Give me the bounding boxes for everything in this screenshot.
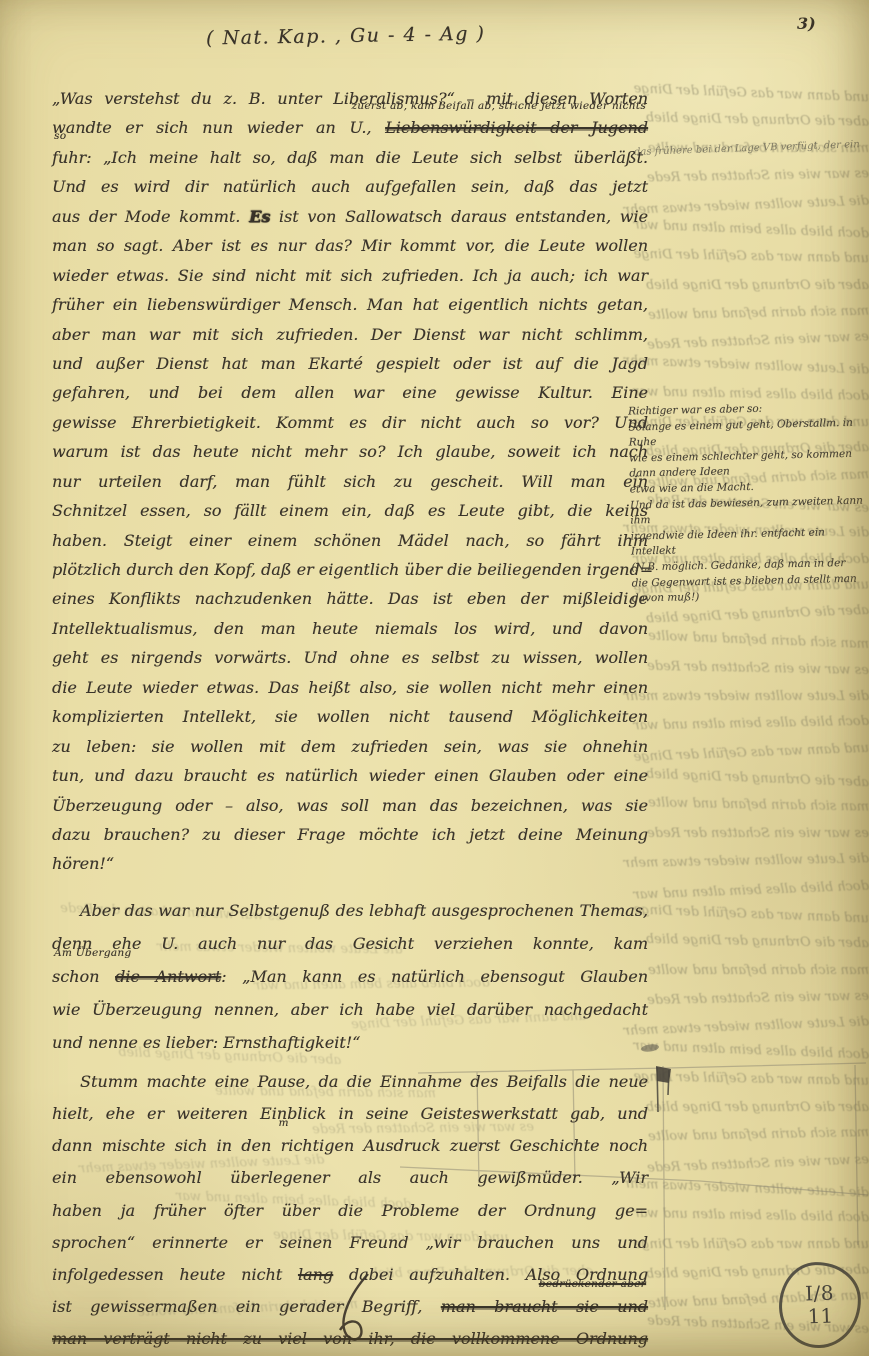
manuscript-line: nur urteilen darf, man fühlt sich zu ges… — [52, 467, 648, 496]
handwritten-text: tun, und dazu braucht es natürlich wiede… — [52, 766, 648, 785]
manuscript-line: ein ebensowohl überlegener als auch gewi… — [52, 1162, 648, 1194]
manuscript-line: fuhr: „Ich meine halt so, daß man die Le… — [52, 143, 648, 172]
bleedthrough-line: man sich darin befand und wollte — [686, 963, 869, 978]
handwritten-text: und nenne es lieber: Ernsthaftigkeit!“ — [52, 1033, 360, 1052]
manuscript-line: dazu brauchen? zu dieser Frage möchte ic… — [52, 820, 648, 849]
manuscript-line: ist gewissermaßen ein gerader Begriff, m… — [52, 1291, 648, 1323]
bleedthrough-line: doch blieb alles beim alten und war — [735, 1042, 869, 1062]
handwritten-text: nur urteilen darf, man fühlt sich zu ges… — [52, 472, 648, 491]
pencil-annotation: das frühere bei der Lage VB verfügt, der… — [634, 138, 864, 159]
handwritten-text: komplizierten Intellekt, sie wollen nich… — [52, 707, 648, 726]
bleedthrough-line: doch blieb alles beim alten und war — [723, 1208, 869, 1226]
handwritten-text: warum ist das heute nicht mehr so? Ich g… — [52, 442, 648, 461]
manuscript-page: und dann war das Gefühl der Dingeaber di… — [0, 0, 869, 1356]
handwritten-text: Schnitzel essen, so fällt einem ein, daß… — [52, 501, 648, 520]
bleedthrough-line: man sich darin befand und wollte — [710, 631, 869, 652]
manuscript-line: aus der Mode kommt. Es ist von Sallowats… — [52, 202, 648, 231]
paragraph: Stumm machte eine Pause, da die Einnahme… — [52, 1066, 648, 1356]
bleedthrough-line: es war wie ein Schatten der Rede — [739, 989, 869, 1006]
handwritten-text: sprochen“ erinnerte er seinen Freund „wi… — [52, 1233, 648, 1252]
bleedthrough-line: doch blieb alles beim alten und war — [649, 714, 869, 733]
bleedthrough-line: aber die Ordnung der Dinge blieb — [681, 278, 869, 293]
margin-note-line: irgendwie die Ideen ihr. entfacht ein In… — [631, 524, 868, 560]
interlinear-insert: Am Übergang — [54, 948, 131, 959]
manuscript-line: denn ehe U. auch nur das Gesicht verzieh… — [52, 927, 648, 960]
handwritten-text: ist von Sallowatsch daraus entstanden, w… — [270, 207, 648, 226]
bleedthrough-line: die Leute wollten wieder etwas mehr — [706, 689, 869, 704]
handwritten-text: Stumm machte eine Pause, da die Einnahme… — [80, 1072, 648, 1091]
handwritten-text: früher ein liebenswürdiger Mensch. Man h… — [52, 295, 648, 314]
bleedthrough-line: aber die Ordnung der Dinge blieb — [731, 1100, 869, 1115]
interlinear-insert: m — [278, 1118, 288, 1129]
margin-note: Richtiger war es aber so:Solange es eine… — [628, 400, 868, 608]
bleedthrough-line: es war wie ein Schatten der Rede — [641, 826, 869, 841]
manuscript-line: geht es nirgends vorwärts. Und ohne es s… — [52, 643, 648, 672]
manuscript-line: wieder etwas. Sie sind nicht mit sich zu… — [52, 261, 648, 290]
bleedthrough-line: es war wie ein Schatten der Rede — [677, 329, 869, 351]
manuscript-line: schon die Antwort: „Man kann es natürlic… — [52, 960, 648, 993]
margin-note-line: Solange es einem gut geht, Oberstallm. i… — [628, 415, 865, 451]
manuscript-line: haben. Steigt einer einem schönen Mädel … — [52, 526, 648, 555]
struck-text: die Antwort — [115, 967, 221, 986]
handwritten-text: und außer Dienst hat man Ekarté gespielt… — [52, 354, 648, 373]
bleedthrough-line: aber die Ordnung der Dinge blieb — [645, 767, 869, 791]
handwritten-text: haben. Steigt einer einem schönen Mädel … — [52, 531, 648, 550]
manuscript-line: gewisse Ehrerbietigkeit. Kommt es dir ni… — [52, 408, 648, 437]
bleedthrough-line: und dann war das Gefühl der Dinge — [702, 740, 869, 761]
handwritten-text: ein ebensowohl überlegener als auch gewi… — [52, 1168, 648, 1187]
handwritten-text: dazu brauchen? zu dieser Frage möchte ic… — [52, 825, 648, 844]
handwritten-text: plötzlich durch den Kopf, daß er eigentl… — [52, 560, 653, 579]
manuscript-line: eines Konflikts nachzudenken hätte. Das … — [52, 584, 648, 613]
handwritten-text: Überzeugung oder – also, was soll man da… — [52, 796, 648, 815]
handwritten-text: hielt, ehe er weiteren Einblick in seine… — [52, 1104, 648, 1123]
struck-text: lang — [298, 1265, 333, 1284]
bleedthrough-line: man sich darin befand und wollte — [734, 304, 869, 322]
manuscript-line: die Leute wieder etwas. Das heißt also, … — [52, 673, 648, 702]
bleedthrough-line: und dann war das Gefühl der Dinge — [690, 905, 869, 927]
stamp-signature: I/8 — [805, 1282, 835, 1306]
handwritten-text: denn ehe U. auch nur das Gesicht verzieh… — [52, 934, 648, 953]
struck-text: man verträgt nicht zu viel von ihr, die … — [52, 1329, 648, 1348]
manuscript-line: Und es wird dir natürlich auch aufgefall… — [52, 172, 648, 201]
interlinear-insert: bedrückender aber — [539, 1279, 646, 1290]
manuscript-line: tun, und dazu braucht es natürlich wiede… — [52, 761, 648, 790]
handwritten-text: wie Überzeugung nennen, aber ich habe vi… — [52, 1000, 648, 1019]
bleedthrough-line: man sich darin befand und wollte — [698, 797, 869, 815]
manuscript-line: Intellektualismus, den man heute niemals… — [52, 614, 648, 643]
handwritten-text: wandte er sich nun wieder an U., — [52, 118, 385, 137]
paragraph: „Was verstehst du z. B. unter Liberalism… — [52, 84, 648, 879]
bleedthrough-line: die Leute wollten wieder etwas mehr — [682, 1014, 869, 1036]
handwritten-text: Es — [249, 207, 270, 226]
manuscript-line: komplizierten Intellekt, sie wollen nich… — [52, 702, 648, 731]
manuscript-line: zu leben: sie wollen mit dem zufrieden s… — [52, 732, 648, 761]
manuscript-line: man verträgt nicht zu viel von ihr, die … — [52, 1323, 648, 1355]
handwritten-text: fuhr: „Ich meine halt so, daß man die Le… — [52, 148, 648, 167]
handwritten-text: eines Konflikts nachzudenken hätte. Das … — [52, 589, 648, 608]
handwritten-text: ist gewissermaßen ein gerader Begriff, — [52, 1297, 441, 1316]
handwritten-text: aber man war mit sich zufrieden. Der Die… — [52, 325, 648, 344]
handwritten-text: dann mischte sich in den richtigen Ausdr… — [52, 1136, 648, 1155]
handwritten-text: schon — [52, 967, 115, 986]
manuscript-line: man so sagt. Aber ist es nur das? Mir ko… — [52, 231, 648, 260]
handwritten-text: hören!“ — [52, 854, 114, 873]
struck-text: Liebenswürdigkeit der Jugend — [385, 118, 648, 137]
bleedthrough-line: die Leute wollten wieder etwas mehr — [730, 357, 869, 377]
bleedthrough-line: doch blieb alles beim alten und war — [685, 219, 869, 241]
handwritten-text: aus der Mode kommt. — [52, 207, 249, 226]
manuscript-line: aber man war mit sich zufrieden. Der Die… — [52, 320, 648, 349]
handwritten-text: man so sagt. Aber ist es nur das? Mir ko… — [52, 236, 648, 255]
bleedthrough-line: und dann war das Gefühl der Dinge — [640, 82, 869, 106]
handwritten-text: Intellektualismus, den man heute niemals… — [52, 619, 648, 638]
bleedthrough-line: es war wie ein Schatten der Rede — [689, 166, 869, 184]
manuscript-line: wandte er sich nun wieder an U., Liebens… — [52, 113, 648, 142]
manuscript-line: Schnitzel essen, so fällt einem ein, daß… — [52, 496, 648, 525]
handwritten-text: zu leben: sie wollen mit dem zufrieden s… — [52, 737, 648, 756]
manuscript-line: Überzeugung oder – also, was soll man da… — [52, 791, 648, 820]
handwritten-text: die Leute wieder etwas. Das heißt also, … — [52, 678, 648, 697]
handwritten-text: gefahren, und bei dem allen war eine gew… — [52, 383, 648, 402]
bleedthrough-line: und dann war das Gefühl der Dinge — [678, 1071, 869, 1090]
bleedthrough-line: aber die Ordnung der Dinge blieb — [743, 934, 869, 951]
margin-note-line: wie es einem schlechter geht, so kommen … — [629, 446, 866, 482]
manuscript-line: Stumm machte eine Pause, da die Einnahme… — [52, 1066, 648, 1098]
interlinear-insert: zuerst ab, kam Beifall ab, striche jetzt… — [351, 101, 646, 112]
manuscript-line: sprochen“ erinnerte er seinen Freund „wi… — [52, 1227, 648, 1259]
bleedthrough-line: aber die Ordnung der Dinge blieb — [693, 112, 869, 130]
manuscript-line: früher ein liebenswürdiger Mensch. Man h… — [52, 290, 648, 319]
handwritten-text: : „Man kann es natürlich ebensogut Glaub… — [221, 967, 648, 986]
manuscript-line: haben ja früher öfter über die Probleme … — [52, 1195, 648, 1227]
page-number: 3) — [797, 14, 816, 33]
paragraph: Aber das war nur Selbstgenuß des lebhaft… — [52, 894, 648, 1059]
bleedthrough-line: es war wie ein Schatten der Rede — [653, 659, 869, 678]
manuscript-line: Aber das war nur Selbstgenuß des lebhaft… — [52, 894, 648, 927]
manuscript-line: dann mischte sich in den richtigen Ausdr… — [52, 1130, 648, 1162]
handwritten-text: geht es nirgends vorwärts. Und ohne es s… — [52, 648, 648, 667]
handwritten-text: gewisse Ehrerbietigkeit. Kommt es dir ni… — [52, 413, 648, 432]
bleedthrough-line: die Leute wollten wieder etwas mehr — [670, 1178, 869, 1201]
bleedthrough-line: es war wie ein Schatten der Rede — [727, 1152, 869, 1172]
bleedthrough-line: und dann war das Gefühl der Dinge — [666, 1237, 869, 1252]
struck-text: man braucht sie und — [441, 1297, 648, 1316]
handwritten-text: Und es wird dir natürlich auch aufgefall… — [52, 177, 648, 196]
handwritten-text: haben ja früher öfter über die Probleme … — [52, 1201, 648, 1220]
bleedthrough-line: die Leute wollten wieder etwas mehr — [742, 193, 869, 213]
bleedthrough-line: doch blieb alles beim alten und war — [747, 878, 869, 898]
header-sigla: ( Nat. Kap. , Gu - 4 - Ag ) — [206, 23, 486, 50]
manuscript-body: „Was verstehst du z. B. unter Liberalism… — [52, 84, 648, 1356]
stamp-number: 11 — [807, 1305, 833, 1329]
margin-note-line: Und da ist das bewiesen, zum zweiten kan… — [630, 493, 867, 529]
manuscript-line: und außer Dienst hat man Ekarté gespielt… — [52, 349, 648, 378]
handwritten-text: Aber das war nur Selbstgenuß des lebhaft… — [80, 901, 648, 920]
manuscript-line: warum ist das heute nicht mehr so? Ich g… — [52, 437, 648, 466]
manuscript-line: plötzlich durch den Kopf, daß er eigentl… — [52, 555, 648, 584]
bleedthrough-line: die Leute wollten wieder etwas mehr — [694, 852, 869, 870]
bleedthrough-line: man sich darin befand und wollte — [674, 1125, 869, 1144]
handwritten-text: wieder etwas. Sie sind nicht mit sich zu… — [52, 266, 648, 285]
manuscript-line: wie Überzeugung nennen, aber ich habe vi… — [52, 993, 648, 1026]
bleedthrough-line: und dann war das Gefühl der Dinge — [738, 249, 869, 267]
interlinear-insert: so — [54, 131, 66, 142]
manuscript-line: hielt, ehe er weiteren Einblick in seine… — [52, 1098, 648, 1130]
manuscript-line: hören!“ — [52, 849, 648, 878]
manuscript-line: und nenne es lieber: Ernsthaftigkeit!“ — [52, 1026, 648, 1059]
manuscript-line: gefahren, und bei dem allen war eine gew… — [52, 378, 648, 407]
handwritten-text: infolgedessen heute nicht — [52, 1265, 298, 1284]
archive-stamp: I/8 11 — [778, 1261, 863, 1350]
